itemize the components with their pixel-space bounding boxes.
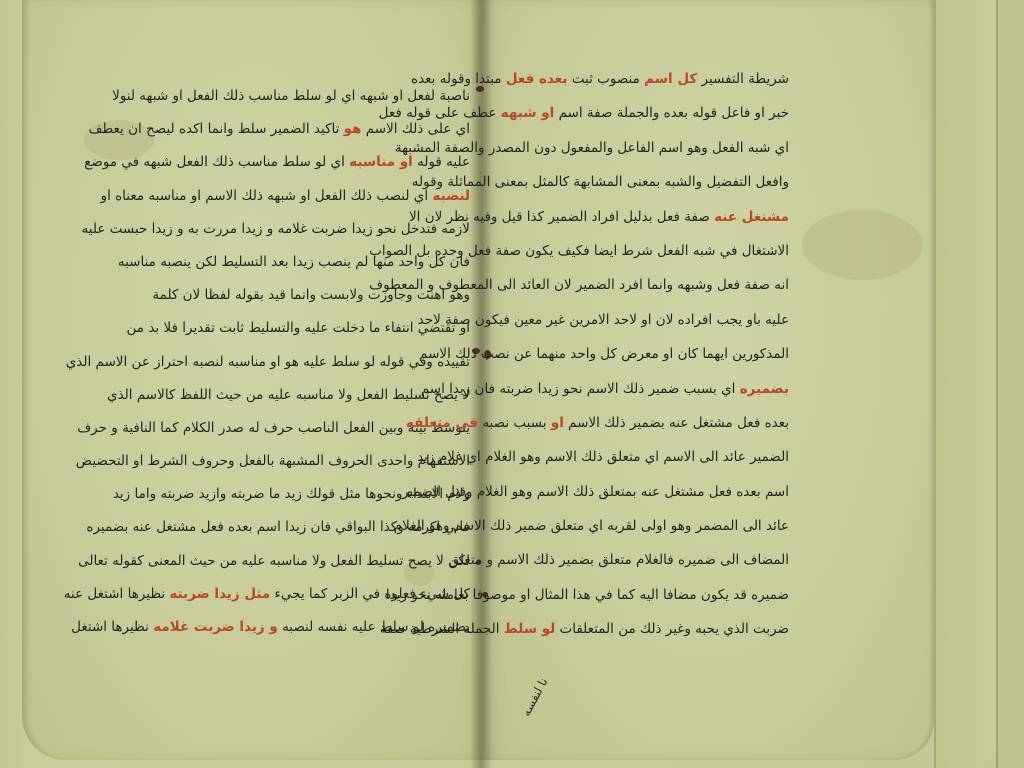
text-line: عليه باو يجب افراده لان او لاحد الامرين …: [497, 303, 789, 337]
body-text: ضميره قد يكون مضافا اليه كما في هذا المث…: [386, 587, 789, 603]
rubric-text: في متعلقه: [406, 415, 478, 431]
body-text: نظيرها اشتغل: [71, 619, 153, 635]
rubric-text: او شبهه: [501, 105, 555, 121]
body-text: لا يصح تسليط الفعل ولا مناسبه عليه من حي…: [107, 387, 470, 403]
rubric-text: و زيدا ضربت غلامه: [153, 619, 278, 635]
rubric-text: لو سلط: [504, 621, 555, 637]
rubric-text: بضميره: [740, 381, 789, 397]
body-text: الضمير عائد الى الاسم اي متعلق ذلك الاسم…: [417, 449, 789, 465]
body-text: مبتدا وقوله بعده: [411, 71, 506, 87]
text-line: بعده فعل مشتغل عنه بضمير ذلك الاسم او بس…: [497, 406, 789, 440]
body-text: عائد الى المضمر وهو اولى لقربه اي متعلق …: [394, 518, 789, 534]
text-line: ضربت الذي يحبه وغير ذلك من المتعلقات لو …: [497, 612, 789, 646]
text-line: اسم بعده فعل مشتغل عنه بمتعلق ذلك الاسم …: [497, 475, 789, 509]
body-text: بسبب نصبه: [478, 415, 551, 431]
text-line: شريطة التفسير كل اسم منصوب ثبت بعده فعل …: [497, 62, 789, 96]
text-line: وافعل التفضيل والشبه بمعنى المشابهة كالم…: [497, 165, 789, 199]
body-text: الجملة الشرطية صفة: [380, 621, 504, 637]
body-text: اي لو سلط مناسب ذلك الفعل شبهه في موضع: [84, 154, 349, 170]
text-line: الاشتغال في شبه الفعل شرط ايضا فكيف يكون…: [497, 234, 789, 268]
body-text: اي بسبب ضمير ذلك الاسم نحو زيدا ضربته فا…: [421, 381, 740, 397]
text-line: المضاف الى ضميره فالغلام متعلق بضمير ذلك…: [497, 543, 789, 577]
page-stack-edge: [934, 0, 998, 768]
body-text: انه صفة فعل وشبهه وانما افرد الضمير لان …: [369, 277, 789, 293]
body-text: المضاف الى ضميره فالغلام متعلق بضمير ذلك…: [449, 552, 789, 568]
rubric-text: بعده فعل: [506, 71, 568, 87]
rubric-text: او: [551, 415, 564, 431]
body-text: تقييده وفي قوله لو سلط عليه هو او مناسبه…: [66, 354, 470, 370]
body-text: ضربت الذي يحبه وغير ذلك من المتعلقات: [555, 621, 789, 637]
rubric-text: مثل زيدا ضربته: [169, 586, 270, 602]
body-text: اي شبه الفعل وهو اسم الفاعل والمفعول دون…: [395, 140, 789, 156]
text-line: خبر او فاعل قوله بعده والجملة صفة اسم او…: [497, 96, 789, 130]
body-text: الاستفهام واحدى الحروف المشبهة بالفعل وح…: [76, 453, 470, 469]
text-line: الضمير عائد الى الاسم اي متعلق ذلك الاسم…: [497, 440, 789, 474]
text-line: عائد الى المضمر وهو اولى لقربه اي متعلق …: [497, 509, 789, 543]
text-line: مشتغل عنه صفة فعل بدليل افراد الضمير كذا…: [497, 200, 789, 234]
body-text: صفة فعل بدليل افراد الضمير كذا قيل وفيه …: [409, 209, 714, 225]
body-text: المذكورين ايهما كان او معرض كل واحد منهم…: [419, 346, 789, 362]
body-text: بعده فعل مشتغل عنه بضمير ذلك الاسم: [564, 415, 789, 431]
body-text: وافعل التفضيل والشبه بمعنى المشابهة كالم…: [412, 174, 789, 190]
body-text: شريطة التفسير: [697, 71, 789, 87]
body-text: منصوب ثبت: [568, 71, 645, 87]
right-page-text: شريطة التفسير كل اسم منصوب ثبت بعده فعل …: [497, 62, 789, 647]
rubric-text: هو: [344, 121, 362, 137]
rubric-text: كل اسم: [644, 71, 697, 87]
body-text: خبر او فاعل قوله بعده والجملة صفة اسم: [554, 105, 789, 121]
text-line: انه صفة فعل وشبهه وانما افرد الضمير لان …: [497, 268, 789, 302]
body-text: الاشتغال في شبه الفعل شرط ايضا فكيف يكون…: [369, 243, 789, 259]
rubric-text: مشتغل عنه: [714, 209, 789, 225]
body-text: تاكيد الضمير سلط وانما اكده ليصح ان يعطف: [89, 121, 344, 137]
text-line: اي شبه الفعل وهو اسم الفاعل والمفعول دون…: [497, 131, 789, 165]
body-text: اي لنصب ذلك الفعل او شبهه ذلك الاسم او م…: [101, 188, 433, 204]
manuscript-scan: ناصبة لفعل او شبهه اي لو سلط مناسب ذلك ا…: [0, 0, 1024, 768]
body-text: اسم بعده فعل مشتغل عنه بمتعلق ذلك الاسم …: [402, 484, 789, 500]
page-stack-edge-outer: [996, 0, 1024, 768]
text-line: بضميره اي بسبب ضمير ذلك الاسم نحو زيدا ض…: [497, 372, 789, 406]
water-stain: [802, 210, 922, 280]
text-line: ضميره قد يكون مضافا اليه كما في هذا المث…: [497, 578, 789, 612]
body-text: لكن لا يصح تسليط الفعل ولا مناسبه عليه م…: [78, 553, 470, 569]
body-text: نظيرها اشتغل عنه: [64, 586, 170, 602]
body-text: عليه باو يجب افراده لان او لاحد الامرين …: [418, 312, 789, 328]
text-line: لكن لا يصح تسليط الفعل ولا مناسبه عليه م…: [180, 545, 470, 578]
body-text: عطف على قوله فعل: [379, 105, 501, 121]
text-line: المذكورين ايهما كان او معرض كل واحد منهم…: [497, 337, 789, 371]
